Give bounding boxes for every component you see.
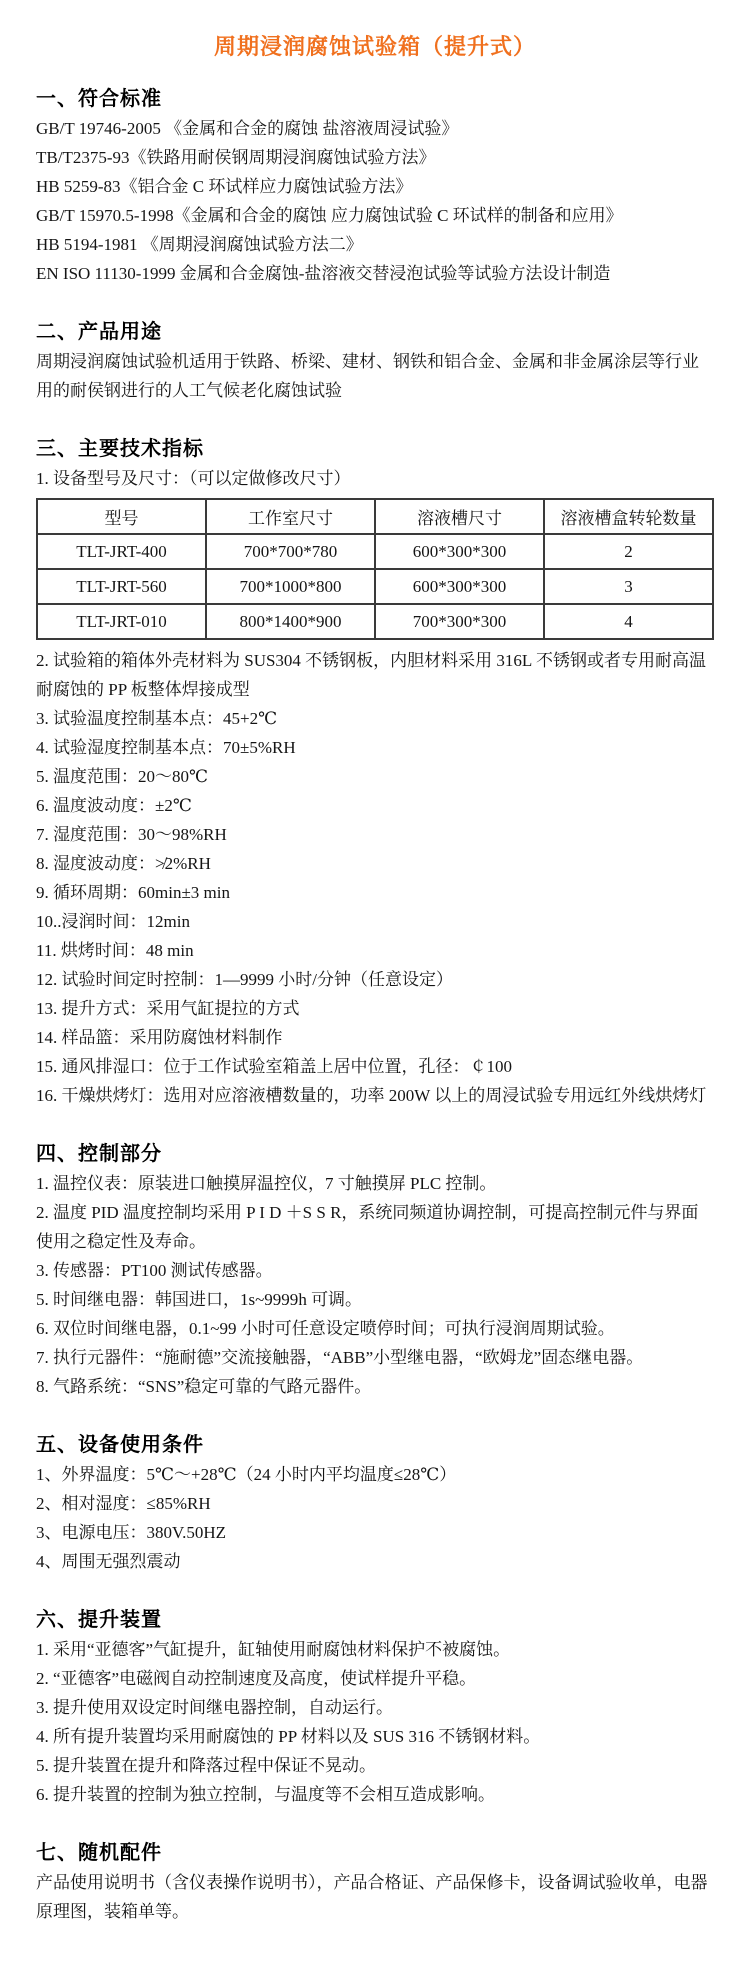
spec-item: 9. 循环周期：60min±3 min (36, 878, 714, 907)
control-item: 3. 传感器：PT100 测试传感器。 (36, 1256, 714, 1285)
section-control-heading: 四、控制部分 (36, 1139, 714, 1169)
section-specs-heading: 三、主要技术指标 (36, 434, 714, 464)
table-cell-wheel-count: 4 (544, 604, 713, 639)
section-usage-heading: 二、产品用途 (36, 317, 714, 347)
table-header-chamber-size: 工作室尺寸 (206, 499, 375, 534)
condition-item: 1、外界温度：5℃～+28℃（24 小时内平均温度≤28℃） (36, 1460, 714, 1489)
spec-item: 15. 通风排湿口：位于工作试验室箱盖上居中位置，孔径：￠100 (36, 1052, 714, 1081)
control-item: 6. 双位时间继电器，0.1~99 小时可任意设定喷停时间；可执行浸润周期试验。 (36, 1314, 714, 1343)
standard-line: HB 5194-1981 《周期浸润腐蚀试验方法二》 (36, 230, 714, 259)
standard-line: GB/T 15970.5-1998《金属和合金的腐蚀 应力腐蚀试验 C 环试样的… (36, 201, 714, 230)
lifting-item: 2. “亚德客”电磁阀自动控制速度及高度，使试样提升平稳。 (36, 1664, 714, 1693)
page-title: 周期浸润腐蚀试验箱（提升式） (36, 32, 714, 62)
table-header-wheel-count: 溶液槽盒转轮数量 (544, 499, 713, 534)
table-cell-model: TLT-JRT-560 (37, 569, 206, 604)
section-conditions-heading: 五、设备使用条件 (36, 1430, 714, 1460)
table-cell-model: TLT-JRT-400 (37, 534, 206, 569)
condition-item: 3、电源电压：380V.50HZ (36, 1518, 714, 1547)
section-specs: 三、主要技术指标 1. 设备型号及尺寸：（可以定做修改尺寸） 型号 工作室尺寸 … (36, 434, 714, 1110)
table-cell-chamber-size: 700*1000*800 (206, 569, 375, 604)
control-item: 1. 温控仪表：原装进口触摸屏温控仪，7 寸触摸屏 PLC 控制。 (36, 1169, 714, 1198)
section-usage: 二、产品用途 周期浸润腐蚀试验机适用于铁路、桥梁、建材、钢铁和铝合金、金属和非金… (36, 317, 714, 405)
table-header-model: 型号 (37, 499, 206, 534)
section-accessories: 七、随机配件 产品使用说明书（含仪表操作说明书），产品合格证、产品保修卡，设备调… (36, 1838, 714, 1926)
spec-item: 8. 湿度波动度：≯2%RH (36, 849, 714, 878)
spec-item: 13. 提升方式：采用气缸提拉的方式 (36, 994, 714, 1023)
section-lifting-heading: 六、提升装置 (36, 1605, 714, 1635)
spec-item: 3. 试验温度控制基本点：45+2℃ (36, 704, 714, 733)
table-cell-chamber-size: 700*700*780 (206, 534, 375, 569)
spec-intro-line: 1. 设备型号及尺寸：（可以定做修改尺寸） (36, 464, 714, 493)
table-cell-tank-size: 700*300*300 (375, 604, 544, 639)
spec-item: 7. 湿度范围：30～98%RH (36, 820, 714, 849)
document: 周期浸润腐蚀试验箱（提升式） 一、符合标准 GB/T 19746-2005 《金… (0, 0, 750, 1963)
control-item: 5. 时间继电器：韩国进口，1s~9999h 可调。 (36, 1285, 714, 1314)
table-row: TLT-JRT-560 700*1000*800 600*300*300 3 (37, 569, 713, 604)
lifting-item: 6. 提升装置的控制为独立控制，与温度等不会相互造成影响。 (36, 1780, 714, 1809)
lifting-item: 1. 采用“亚德客”气缸提升，缸轴使用耐腐蚀材料保护不被腐蚀。 (36, 1635, 714, 1664)
table-row: TLT-JRT-010 800*1400*900 700*300*300 4 (37, 604, 713, 639)
table-header-tank-size: 溶液槽尺寸 (375, 499, 544, 534)
control-item: 8. 气路系统：“SNS”稳定可靠的气路元器件。 (36, 1372, 714, 1401)
spec-item: 10..浸润时间：12min (36, 907, 714, 936)
spec-item: 14. 样品篮：采用防腐蚀材料制作 (36, 1023, 714, 1052)
accessories-paragraph: 产品使用说明书（含仪表操作说明书），产品合格证、产品保修卡，设备调试验收单，电器… (36, 1868, 714, 1926)
table-cell-tank-size: 600*300*300 (375, 569, 544, 604)
spec-item: 16. 干燥烘烤灯：选用对应溶液槽数量的，功率 200W 以上的周浸试验专用远红… (36, 1081, 714, 1110)
control-item: 2. 温度 PID 温度控制均采用 P I D ＋S S R，系统同频道协调控制… (36, 1198, 714, 1256)
section-control: 四、控制部分 1. 温控仪表：原装进口触摸屏温控仪，7 寸触摸屏 PLC 控制。… (36, 1139, 714, 1401)
table-cell-chamber-size: 800*1400*900 (206, 604, 375, 639)
lifting-item: 4. 所有提升装置均采用耐腐蚀的 PP 材料以及 SUS 316 不锈钢材料。 (36, 1722, 714, 1751)
table-row: TLT-JRT-400 700*700*780 600*300*300 2 (37, 534, 713, 569)
section-accessories-heading: 七、随机配件 (36, 1838, 714, 1868)
condition-item: 4、周围无强烈震动 (36, 1547, 714, 1576)
spec-item: 6. 温度波动度：±2℃ (36, 791, 714, 820)
control-item: 7. 执行元器件：“施耐德”交流接触器，“ABB”小型继电器，“欧姆龙”固态继电… (36, 1343, 714, 1372)
spec-item: 12. 试验时间定时控制：1—9999 小时/分钟（任意设定） (36, 965, 714, 994)
table-cell-tank-size: 600*300*300 (375, 534, 544, 569)
lifting-item: 3. 提升使用双设定时间继电器控制，自动运行。 (36, 1693, 714, 1722)
model-size-table: 型号 工作室尺寸 溶液槽尺寸 溶液槽盒转轮数量 TLT-JRT-400 700*… (36, 498, 714, 640)
section-standards-heading: 一、符合标准 (36, 84, 714, 114)
standard-line: EN ISO 11130-1999 金属和合金腐蚀-盐溶液交替浸泡试验等试验方法… (36, 259, 714, 288)
standard-line: GB/T 19746-2005 《金属和合金的腐蚀 盐溶液周浸试验》 (36, 114, 714, 143)
spec-item: 2. 试验箱的箱体外壳材料为 SUS304 不锈钢板，内胆材料采用 316L 不… (36, 646, 714, 704)
standard-line: TB/T2375-93《铁路用耐侯钢周期浸润腐蚀试验方法》 (36, 143, 714, 172)
table-cell-wheel-count: 2 (544, 534, 713, 569)
table-cell-model: TLT-JRT-010 (37, 604, 206, 639)
table-header-row: 型号 工作室尺寸 溶液槽尺寸 溶液槽盒转轮数量 (37, 499, 713, 534)
section-lifting: 六、提升装置 1. 采用“亚德客”气缸提升，缸轴使用耐腐蚀材料保护不被腐蚀。 2… (36, 1605, 714, 1809)
spec-item: 5. 温度范围：20～80℃ (36, 762, 714, 791)
section-standards: 一、符合标准 GB/T 19746-2005 《金属和合金的腐蚀 盐溶液周浸试验… (36, 84, 714, 288)
section-conditions: 五、设备使用条件 1、外界温度：5℃～+28℃（24 小时内平均温度≤28℃） … (36, 1430, 714, 1576)
table-cell-wheel-count: 3 (544, 569, 713, 604)
spec-item: 11. 烘烤时间：48 min (36, 936, 714, 965)
condition-item: 2、相对湿度：≤85%RH (36, 1489, 714, 1518)
usage-paragraph: 周期浸润腐蚀试验机适用于铁路、桥梁、建材、钢铁和铝合金、金属和非金属涂层等行业用… (36, 347, 714, 405)
lifting-item: 5. 提升装置在提升和降落过程中保证不晃动。 (36, 1751, 714, 1780)
spec-item: 4. 试验湿度控制基本点：70±5%RH (36, 733, 714, 762)
standard-line: HB 5259-83《铝合金 C 环试样应力腐蚀试验方法》 (36, 172, 714, 201)
